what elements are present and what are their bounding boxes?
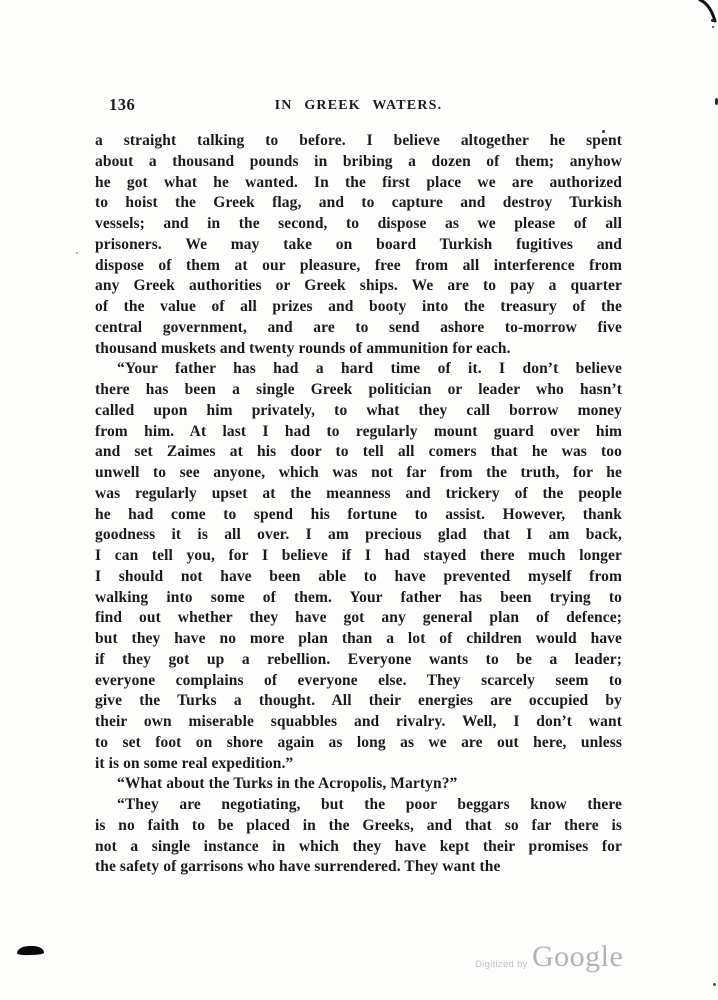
running-title: IN GREEK WATERS.	[95, 96, 622, 116]
text-line: I can tell you, for I believe if I had s…	[95, 546, 622, 567]
text-line: any Greek authorities or Greek ships. We…	[95, 276, 622, 297]
text-line: he got what he wanted. In the first plac…	[95, 173, 622, 194]
text-line: but they have no more plan than a lot of…	[95, 629, 622, 650]
text-line: it is on some real expedition.”	[95, 754, 622, 775]
text-line: “What about the Turks in the Acropolis, …	[95, 774, 622, 795]
text-line: there has been a single Greek politician…	[95, 380, 622, 401]
book-page-scan: 136 IN GREEK WATERS. a straight talking …	[0, 0, 718, 1000]
text-line: “Your father has had a hard time of it. …	[95, 359, 622, 380]
text-line: about a thousand pounds in bribing a doz…	[95, 152, 622, 173]
text-line: thousand muskets and twenty rounds of am…	[95, 339, 622, 360]
text-line: prisoners. We may take on board Turkish …	[95, 235, 622, 256]
text-line: walking into some of them. Your father h…	[95, 588, 622, 609]
text-line: called upon him privately, to what they …	[95, 401, 622, 422]
text-line: everyone complains of everyone else. The…	[95, 671, 622, 692]
ink-dot-artifact	[712, 26, 714, 28]
page-body-text: a straight talking to before. I believe …	[95, 131, 622, 878]
speck-artifact	[602, 130, 605, 133]
ink-dot-artifact	[711, 19, 714, 22]
text-line: “They are negotiating, but the poor begg…	[95, 795, 622, 816]
text-line: to hoist the Greek flag, and to capture …	[95, 193, 622, 214]
watermark-prefix-label: Digitized by	[475, 959, 528, 970]
text-line: was regularly upset at the meanness and …	[95, 484, 622, 505]
text-line: he had come to spend his fortune to assi…	[95, 505, 622, 526]
google-logo: Google	[532, 940, 623, 974]
text-line: find out whether they have got any gener…	[95, 608, 622, 629]
text-line: goodness it is all over. I am precious g…	[95, 525, 622, 546]
text-line: unwell to see anyone, which was not far …	[95, 463, 622, 484]
speck-artifact	[76, 252, 78, 254]
speck-artifact	[713, 983, 716, 986]
text-line: a straight talking to before. I believe …	[95, 131, 622, 152]
digitization-watermark: Digitized by Google	[475, 942, 675, 990]
text-line: of the value of all prizes and booty int…	[95, 297, 622, 318]
text-line: if they got up a rebellion. Everyone wan…	[95, 650, 622, 671]
ink-smudge-artifact	[17, 946, 44, 956]
text-line: I should not have been able to have prev…	[95, 567, 622, 588]
text-line: central government, and are to send asho…	[95, 318, 622, 339]
text-line: and set Zaimes at his door to tell all c…	[95, 442, 622, 463]
text-line: is no faith to be placed in the Greeks, …	[95, 816, 622, 837]
text-line: to set foot on shore again as long as we…	[95, 733, 622, 754]
text-line: not a single instance in which they have…	[95, 837, 622, 858]
text-line: from him. At last I had to regularly mou…	[95, 422, 622, 443]
text-line: vessels; and in the second, to dispose a…	[95, 214, 622, 235]
text-line: dispose of them at our pleasure, free fr…	[95, 256, 622, 277]
text-line: give the Turks a thought. All their ener…	[95, 691, 622, 712]
text-line: the safety of garrisons who have surrend…	[95, 857, 622, 878]
running-header: 136 IN GREEK WATERS.	[95, 95, 622, 115]
pen-stroke-artifact	[697, 0, 718, 23]
text-line: their own miserable squabbles and rivalr…	[95, 712, 622, 733]
